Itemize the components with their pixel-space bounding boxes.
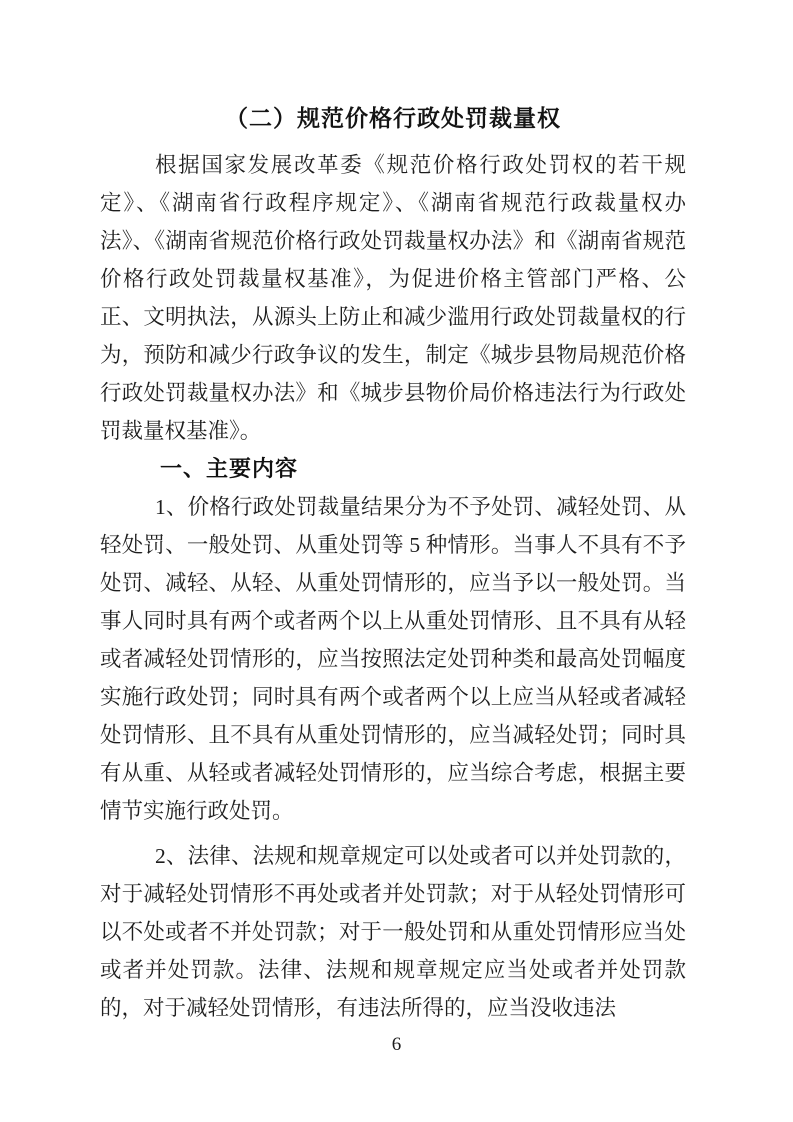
document-body: （二）规范价格行政处罚裁量权 根据国家发展改革委《规范价格行政处罚权的若干规定》… [100,100,686,1027]
paragraph-item-1: 1、价格行政处罚裁量结果分为不予处罚、减轻处罚、从轻处罚、一般处罚、从重处罚等 … [100,488,686,830]
document-page: （二）规范价格行政处罚裁量权 根据国家发展改革委《规范价格行政处罚权的若干规定》… [0,0,793,1122]
paragraph-item-2: 2、法律、法规和规章规定可以处或者可以并处罚款的，对于减轻处罚情形不再处或者并处… [100,837,686,1027]
paragraph-intro: 根据国家发展改革委《规范价格行政处罚权的若干规定》、《湖南省行政程序规定》、《湖… [100,146,686,450]
section-heading-main-content: 一、主要内容 [100,450,686,488]
page-number: 6 [0,1034,793,1056]
document-title: （二）规范价格行政处罚裁量权 [100,100,686,138]
